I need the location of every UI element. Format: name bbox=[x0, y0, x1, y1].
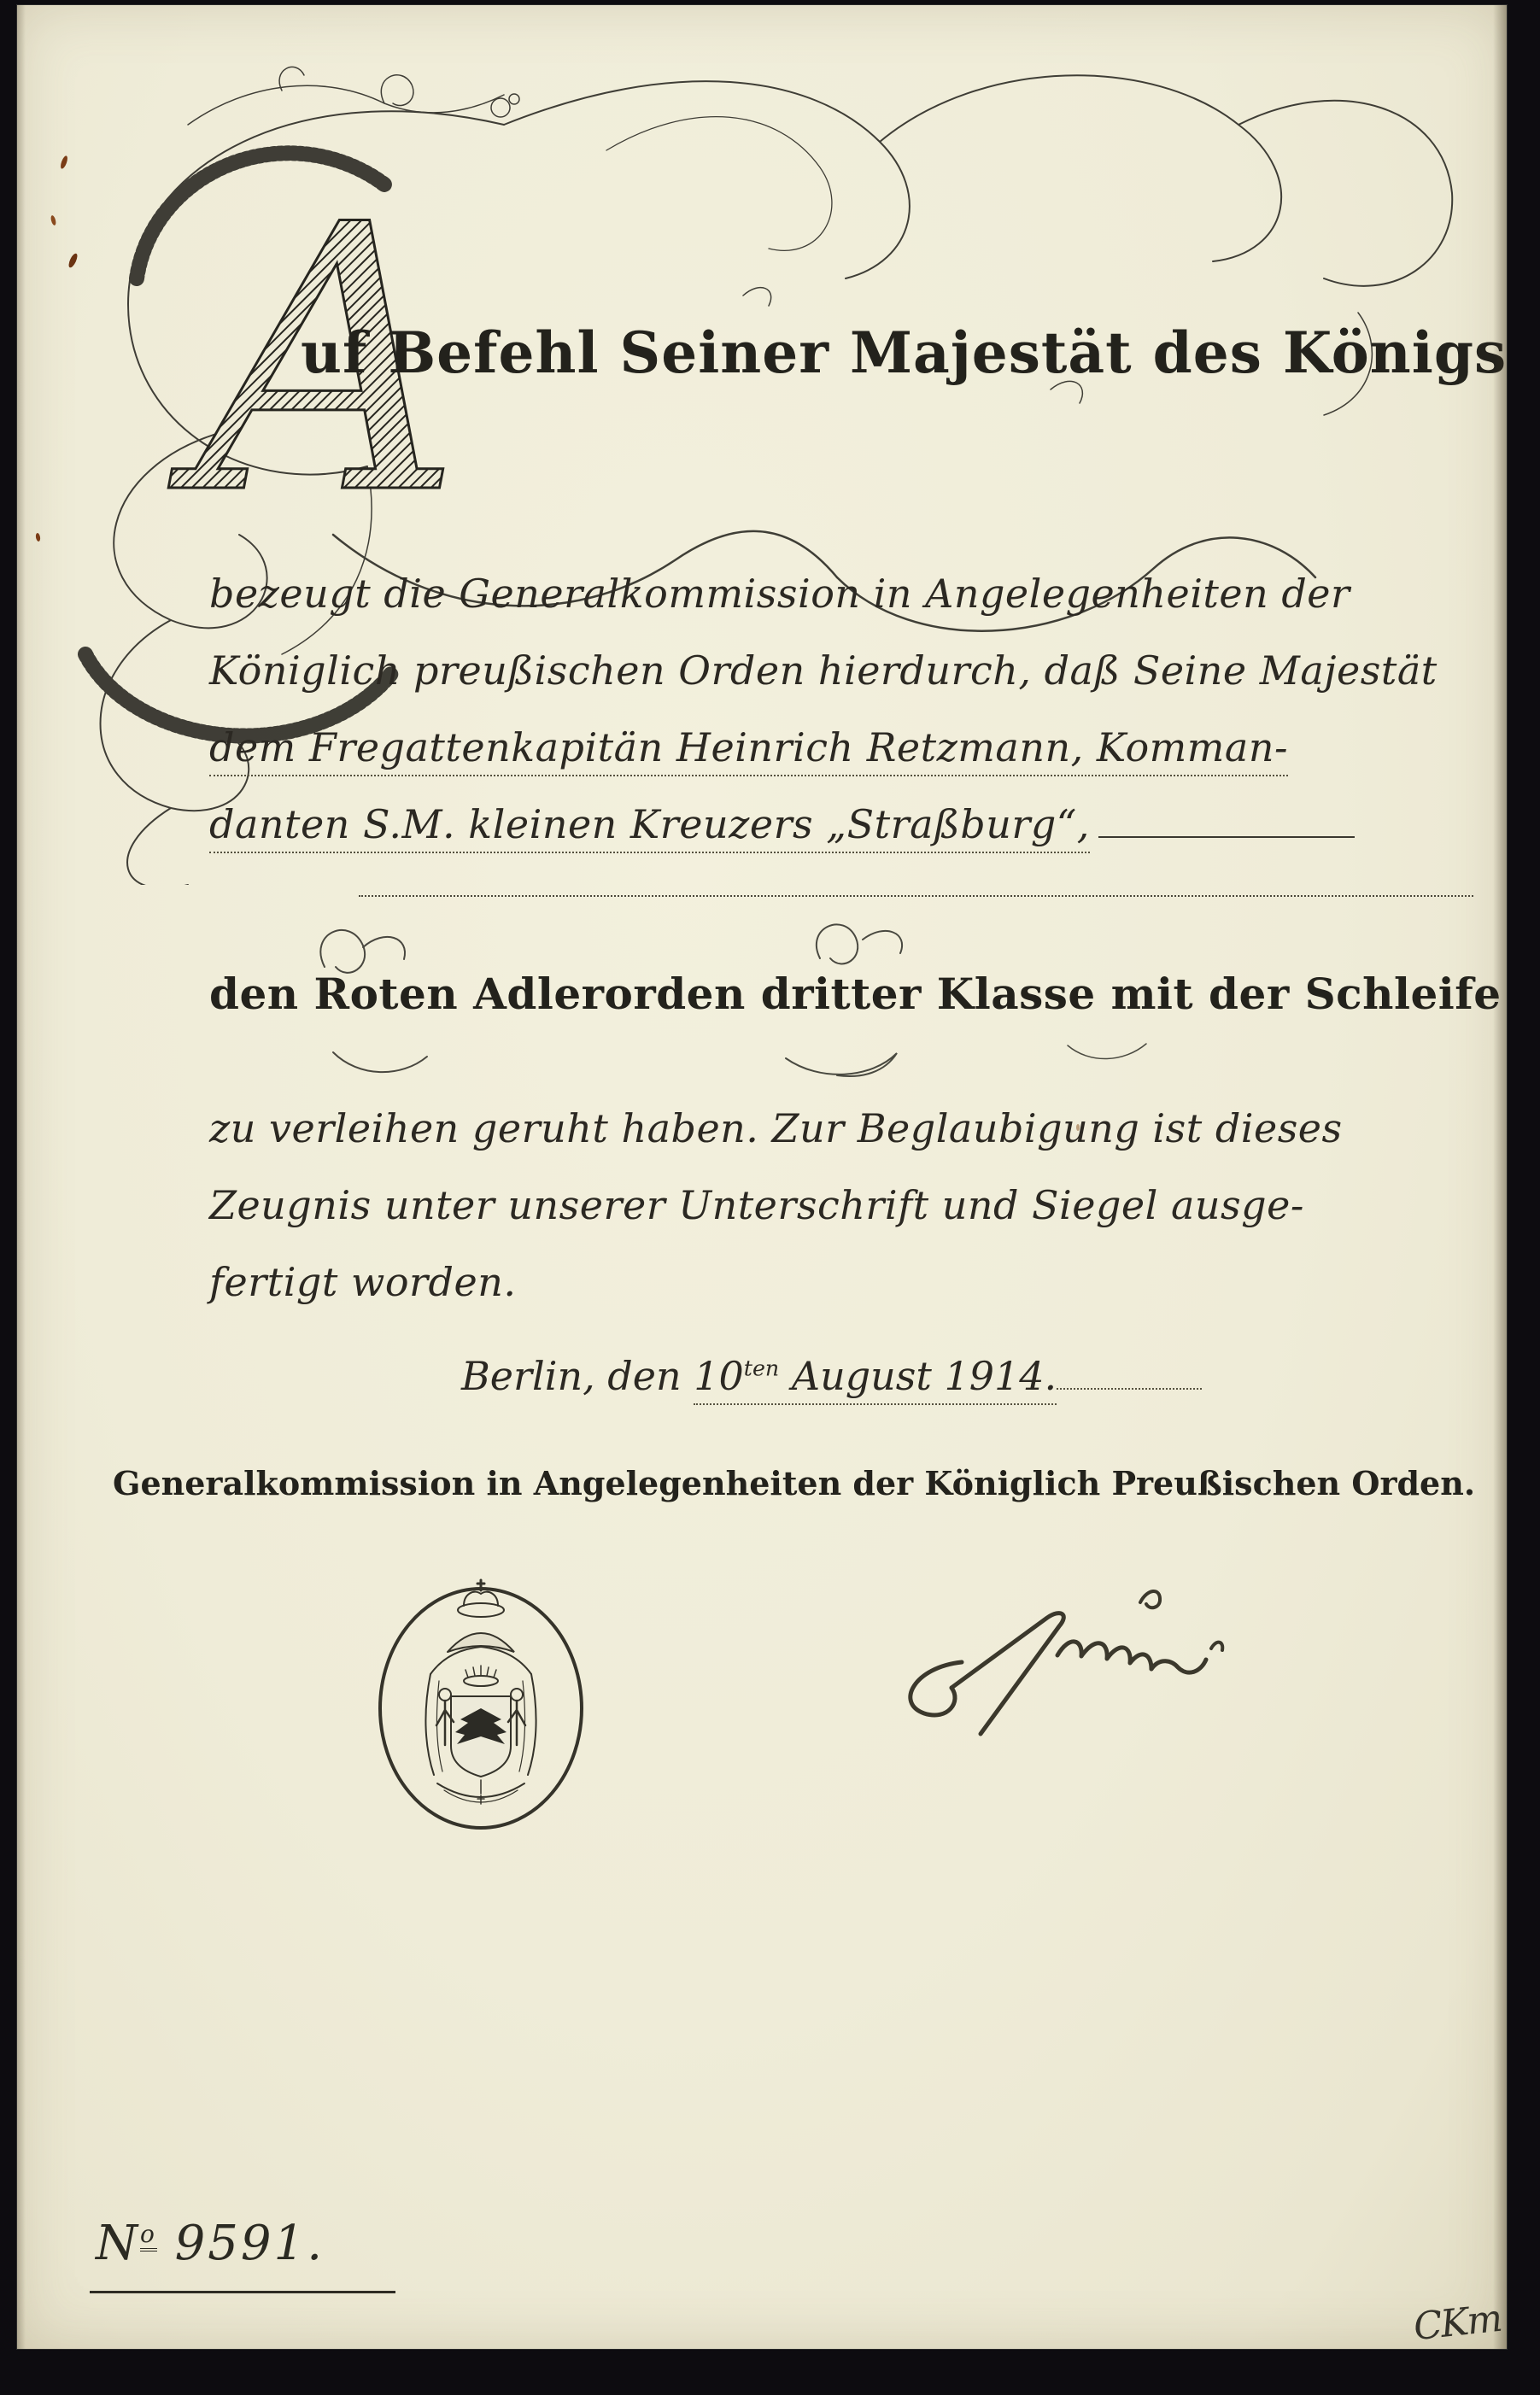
foxing-spot bbox=[1076, 1124, 1080, 1131]
certificate-document: A uf Befehl Seiner Majestät des Königs b… bbox=[17, 5, 1507, 2349]
date-ordinal: ten bbox=[744, 1356, 779, 1381]
official-signature-icon bbox=[880, 1566, 1324, 1754]
document-title: uf Befehl Seiner Majestät des Königs bbox=[301, 319, 1377, 386]
closing-line-1: zu verleihen geruht haben. Zur Beglaubig… bbox=[209, 1105, 1343, 1151]
photo-backdrop: A uf Befehl Seiner Majestät des Königs b… bbox=[0, 0, 1540, 2395]
body-line-4: danten S.M. kleinen Kreuzers „Straßburg“… bbox=[209, 801, 1355, 847]
date-filled: 10ten August 1914. bbox=[694, 1353, 1057, 1405]
ship-name-text: danten S.M. kleinen Kreuzers „Straßburg“… bbox=[209, 801, 1090, 853]
date-blank-rule bbox=[1057, 1388, 1202, 1390]
recipient-name-text: dem Fregattenkapitän Heinrich Retzmann, … bbox=[209, 724, 1288, 776]
body-line-2: Königlich preußischen Orden hierdurch, d… bbox=[209, 647, 1438, 694]
body-line-1: bezeugt die Generalkommission in Angeleg… bbox=[209, 571, 1350, 617]
date-day: 10 bbox=[694, 1353, 744, 1399]
number-ordinal-o: o bbox=[140, 2220, 157, 2252]
award-title: den Roten Adlerorden dritter Klasse mit … bbox=[209, 969, 1371, 1019]
number-prefix: N bbox=[96, 2216, 140, 2271]
corner-monogram: CKm bbox=[1412, 2297, 1503, 2349]
blank-fill-line bbox=[359, 895, 1473, 897]
number-value: 9591. bbox=[175, 2216, 325, 2271]
date-line: Berlin, den 10ten August 1914. bbox=[461, 1353, 1202, 1399]
date-city: Berlin, den bbox=[461, 1353, 682, 1399]
number-underline bbox=[90, 2291, 395, 2293]
date-month-year: August 1914. bbox=[792, 1353, 1057, 1399]
closing-line-2: Zeugnis unter unserer Unterschrift und S… bbox=[209, 1182, 1304, 1228]
document-number: No 9591. bbox=[96, 2216, 325, 2271]
closing-line-3: fertigt worden. bbox=[209, 1259, 516, 1305]
issuing-authority: Generalkommission in Angelegenheiten der… bbox=[113, 1464, 1411, 1502]
blank-rule bbox=[1098, 836, 1355, 838]
prussian-coat-of-arms-seal-icon bbox=[366, 1570, 596, 1836]
body-line-3: dem Fregattenkapitän Heinrich Retzmann, … bbox=[209, 724, 1288, 770]
